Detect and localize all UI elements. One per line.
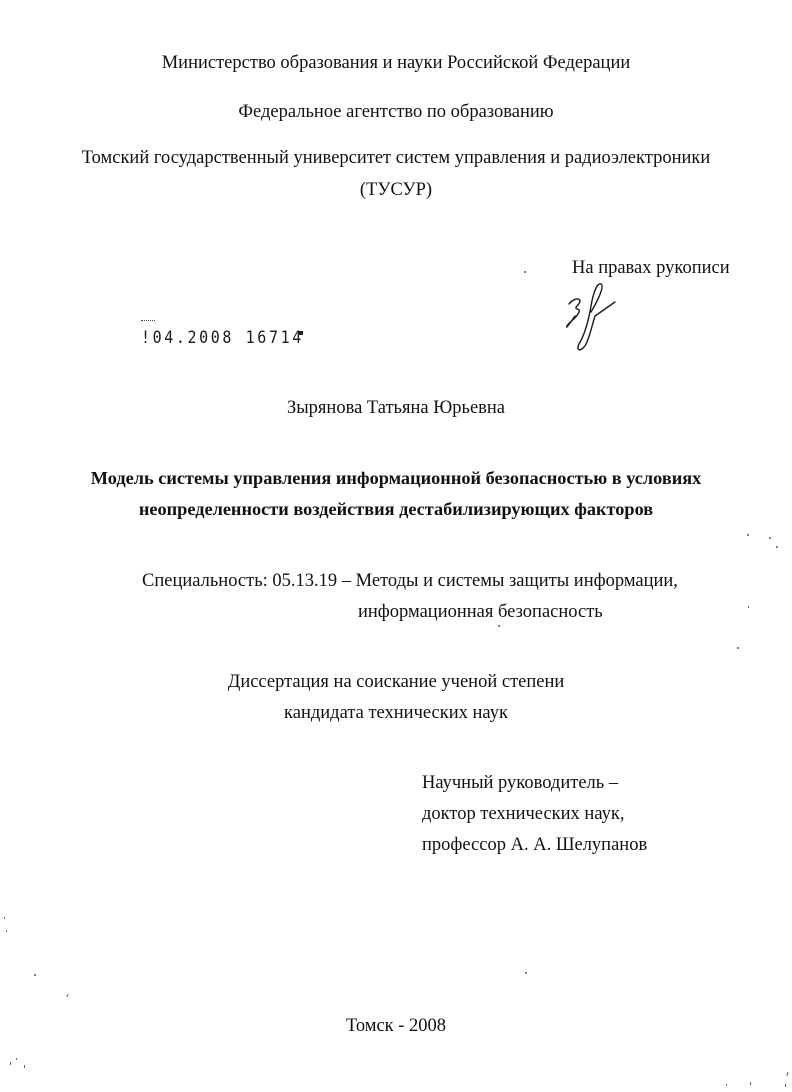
city-year: Томск - 2008 xyxy=(0,1015,792,1037)
specialty-line-2: информационная безопасность xyxy=(358,601,603,623)
scan-speck xyxy=(24,1065,25,1068)
stamp-dot xyxy=(298,331,303,335)
scan-speck xyxy=(769,537,771,539)
degree-line-1: Диссертация на соискание ученой степени xyxy=(0,671,792,693)
dissertation-title-line-1: Модель системы управления информационной… xyxy=(0,467,792,489)
author-name: Зырянова Татьяна Юрьевна xyxy=(0,397,792,419)
scan-speck xyxy=(16,1058,17,1060)
signature-icon xyxy=(563,282,623,354)
university-abbreviation: (ТУСУР) xyxy=(0,179,792,201)
supervisor-line-2: доктор технических наук, xyxy=(422,803,624,825)
university-line: Томский государственный университет сист… xyxy=(0,147,792,169)
scan-speck xyxy=(750,1082,751,1085)
scan-speck xyxy=(4,917,5,919)
scan-speck xyxy=(786,1072,788,1076)
supervisor-line-1: Научный руководитель – xyxy=(422,772,618,794)
dissertation-title-line-2: неопределенности воздействия дестабилизи… xyxy=(0,498,792,520)
scan-speck xyxy=(10,1062,11,1065)
stamp-mark xyxy=(141,320,155,323)
scan-speck xyxy=(785,1084,786,1087)
scan-speck xyxy=(525,972,527,974)
library-stamp-number: !04.2008 16714 xyxy=(141,327,304,348)
scan-speck xyxy=(6,930,7,932)
scan-speck xyxy=(776,546,778,548)
scan-speck xyxy=(748,606,749,608)
scan-speck xyxy=(34,974,37,977)
scan-speck xyxy=(747,534,749,536)
degree-line-2: кандидата технических наук xyxy=(0,702,792,724)
agency-line: Федеральное агентство по образованию xyxy=(0,101,792,123)
manuscript-rights-note: На правах рукописи xyxy=(572,257,730,279)
scan-speck xyxy=(737,647,739,649)
ministry-line: Министерство образования и науки Российс… xyxy=(0,52,792,74)
scan-speck xyxy=(66,994,68,997)
scan-speck xyxy=(726,1084,727,1086)
specialty-line-1: Специальность: 05.13.19 – Методы и систе… xyxy=(142,570,678,592)
supervisor-line-3: профессор А. А. Шелупанов xyxy=(422,834,647,856)
scan-speck xyxy=(524,271,526,273)
scan-speck xyxy=(498,625,500,627)
